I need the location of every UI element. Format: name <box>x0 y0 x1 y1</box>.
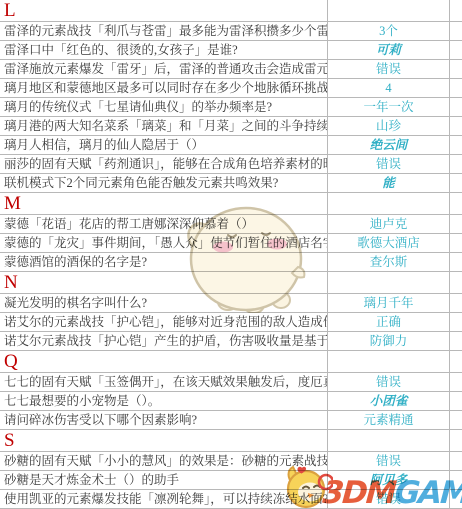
table-right-margin <box>450 22 462 40</box>
qa-row: 璃月的传统仪式「七星请仙典仪」的举办频率是?一年一次 <box>0 98 462 117</box>
answer-cell: 错误 <box>328 155 450 173</box>
question-cell: 诺艾尔的元素战技「护心铠」，能够对近身范围的敌人造成伤害? <box>0 313 328 331</box>
section-header-row: M <box>0 193 462 215</box>
table-right-margin <box>450 234 462 252</box>
table-right-margin <box>450 41 462 59</box>
section-letter: S <box>0 430 328 451</box>
qa-row: 七七的固有天赋「玉签偶开」，在该天赋效果触发后，度厄真君错误 <box>0 373 462 392</box>
answer-cell: 错误 <box>328 373 450 391</box>
qa-row: 蒙德酒馆的酒保的名字是?查尔斯 <box>0 253 462 272</box>
answer-cell: 3个 <box>328 22 450 40</box>
question-cell: 璃月港的两大知名菜系「璃菜」和「月菜」之间的斗争持续了多久? <box>0 117 328 135</box>
qa-row: 使用凯亚的元素爆发技能「凛冽轮舞」，可以持续冻结水面?错误 <box>0 490 462 509</box>
table-right-margin <box>450 471 462 489</box>
answer-cell: 能 <box>328 174 450 192</box>
section-letter: N <box>0 272 328 293</box>
question-cell: 璃月的传统仪式「七星请仙典仪」的举办频率是? <box>0 98 328 116</box>
qa-row: 联机模式下2个同元素角色能否触发元素共鸣效果?能 <box>0 174 462 193</box>
qa-row: 诺艾尔元素战技「护心铠」产生的护盾，伤害吸收量是基于什么防御力 <box>0 332 462 351</box>
section-letter: M <box>0 193 328 214</box>
table-right-margin <box>450 332 462 350</box>
answer-cell: 小团雀 <box>328 392 450 410</box>
question-cell: 璃月地区和蒙德地区最多可以同时存在多少个地脉循环挑战? <box>0 79 328 97</box>
table-right-margin <box>450 253 462 271</box>
answers-table: L雷泽的元素战技「利爪与苍雷」最多能为雷泽积攒多少个雷之印?3个雷泽口中「红色的… <box>0 0 462 509</box>
table-right-margin <box>450 294 462 312</box>
qa-row: 请问碎冰伤害受以下哪个因素影响?元素精通 <box>0 411 462 430</box>
answer-cell: 绝云间 <box>328 136 450 154</box>
qa-row: 蒙德的「龙灾」事件期间，「愚人众」使节们暂住的酒店名字是?歌德大酒店 <box>0 234 462 253</box>
answer-cell: 一年一次 <box>328 98 450 116</box>
qa-row: 砂糖是天才炼金术士（）的助手阿贝多 <box>0 471 462 490</box>
table-right-margin <box>450 193 462 214</box>
question-cell: 雷泽的元素战技「利爪与苍雷」最多能为雷泽积攒多少个雷之印? <box>0 22 328 40</box>
qa-row: 雷泽的元素战技「利爪与苍雷」最多能为雷泽积攒多少个雷之印?3个 <box>0 22 462 41</box>
empty-answer-cell <box>328 193 450 214</box>
question-cell: 七七最想要的小宠物是（）。 <box>0 392 328 410</box>
table-right-margin <box>450 117 462 135</box>
table-right-margin <box>450 392 462 410</box>
answer-cell: 错误 <box>328 490 450 508</box>
table-right-margin <box>450 0 462 21</box>
question-cell: 璃月人相信，璃月的仙人隐居于（） <box>0 136 328 154</box>
question-cell: 请问碎冰伤害受以下哪个因素影响? <box>0 411 328 429</box>
answer-cell: 4 <box>328 79 450 97</box>
question-cell: 砂糖是天才炼金术士（）的助手 <box>0 471 328 489</box>
empty-answer-cell <box>328 430 450 451</box>
table-right-margin <box>450 272 462 293</box>
answer-cell: 璃月千年 <box>328 294 450 312</box>
question-cell: 凝光发明的棋名字叫什么? <box>0 294 328 312</box>
section-header-row: L <box>0 0 462 22</box>
answer-cell: 错误 <box>328 452 450 470</box>
qa-row: 璃月港的两大知名菜系「璃菜」和「月菜」之间的斗争持续了多久?山珍 <box>0 117 462 136</box>
answer-cell: 迪卢克 <box>328 215 450 233</box>
question-cell: 七七的固有天赋「玉签偶开」，在该天赋效果触发后，度厄真君 <box>0 373 328 391</box>
answer-cell: 阿贝多 <box>328 471 450 489</box>
table-right-margin <box>450 351 462 372</box>
answer-cell: 防御力 <box>328 332 450 350</box>
qa-row: 凝光发明的棋名字叫什么?璃月千年 <box>0 294 462 313</box>
question-cell: 蒙德「花语」花店的帮工唐娜深深仰慕着（） <box>0 215 328 233</box>
qa-row: 七七最想要的小宠物是（）。小团雀 <box>0 392 462 411</box>
answer-cell: 错误 <box>328 60 450 78</box>
section-header-row: S <box>0 430 462 452</box>
answer-cell: 山珍 <box>328 117 450 135</box>
table-right-margin <box>450 430 462 451</box>
qa-row: 蒙德「花语」花店的帮工唐娜深深仰慕着（）迪卢克 <box>0 215 462 234</box>
qa-row: 雷泽施放元素爆发「雷牙」后，雷泽的普通攻击会造成雷元素伤害?错误 <box>0 60 462 79</box>
section-letter: Q <box>0 351 328 372</box>
table-right-margin <box>450 490 462 508</box>
table-right-margin <box>450 60 462 78</box>
answer-cell: 元素精通 <box>328 411 450 429</box>
table-right-margin <box>450 155 462 173</box>
table-right-margin <box>450 98 462 116</box>
table-right-margin <box>450 79 462 97</box>
qa-row: 诺艾尔的元素战技「护心铠」，能够对近身范围的敌人造成伤害?正确 <box>0 313 462 332</box>
question-cell: 砂糖的固有天赋「小小的慧风」的效果是：砂糖的元素战技命中 <box>0 452 328 470</box>
section-header-row: N <box>0 272 462 294</box>
question-cell: 联机模式下2个同元素角色能否触发元素共鸣效果? <box>0 174 328 192</box>
question-cell: 丽莎的固有天赋「药剂通识」，能够在合成角色培养素材的时候 <box>0 155 328 173</box>
answer-cell: 歌德大酒店 <box>328 234 450 252</box>
table-right-margin <box>450 411 462 429</box>
question-cell: 蒙德的「龙灾」事件期间，「愚人众」使节们暂住的酒店名字是? <box>0 234 328 252</box>
table-right-margin <box>450 215 462 233</box>
section-header-row: Q <box>0 351 462 373</box>
table-right-margin <box>450 313 462 331</box>
empty-answer-cell <box>328 272 450 293</box>
qa-row: 丽莎的固有天赋「药剂通识」，能够在合成角色培养素材的时候错误 <box>0 155 462 174</box>
qa-row: 雷泽口中「红色的、很烫的,女孩子」是谁?可莉 <box>0 41 462 60</box>
question-cell: 雷泽口中「红色的、很烫的,女孩子」是谁? <box>0 41 328 59</box>
empty-answer-cell <box>328 0 450 21</box>
qa-row: 璃月地区和蒙德地区最多可以同时存在多少个地脉循环挑战?4 <box>0 79 462 98</box>
table-right-margin <box>450 174 462 192</box>
empty-answer-cell <box>328 351 450 372</box>
section-letter: L <box>0 0 328 21</box>
table-right-margin <box>450 452 462 470</box>
question-cell: 蒙德酒馆的酒保的名字是? <box>0 253 328 271</box>
table-right-margin <box>450 373 462 391</box>
question-cell: 使用凯亚的元素爆发技能「凛冽轮舞」，可以持续冻结水面? <box>0 490 328 508</box>
qa-row: 砂糖的固有天赋「小小的慧风」的效果是：砂糖的元素战技命中错误 <box>0 452 462 471</box>
answer-cell: 正确 <box>328 313 450 331</box>
question-cell: 雷泽施放元素爆发「雷牙」后，雷泽的普通攻击会造成雷元素伤害? <box>0 60 328 78</box>
qa-row: 璃月人相信，璃月的仙人隐居于（）绝云间 <box>0 136 462 155</box>
quiz-answer-table-screenshot: L雷泽的元素战技「利爪与苍雷」最多能为雷泽积攒多少个雷之印?3个雷泽口中「红色的… <box>0 0 462 509</box>
answer-cell: 可莉 <box>328 41 450 59</box>
answer-cell: 查尔斯 <box>328 253 450 271</box>
table-right-margin <box>450 136 462 154</box>
question-cell: 诺艾尔元素战技「护心铠」产生的护盾，伤害吸收量是基于什么 <box>0 332 328 350</box>
